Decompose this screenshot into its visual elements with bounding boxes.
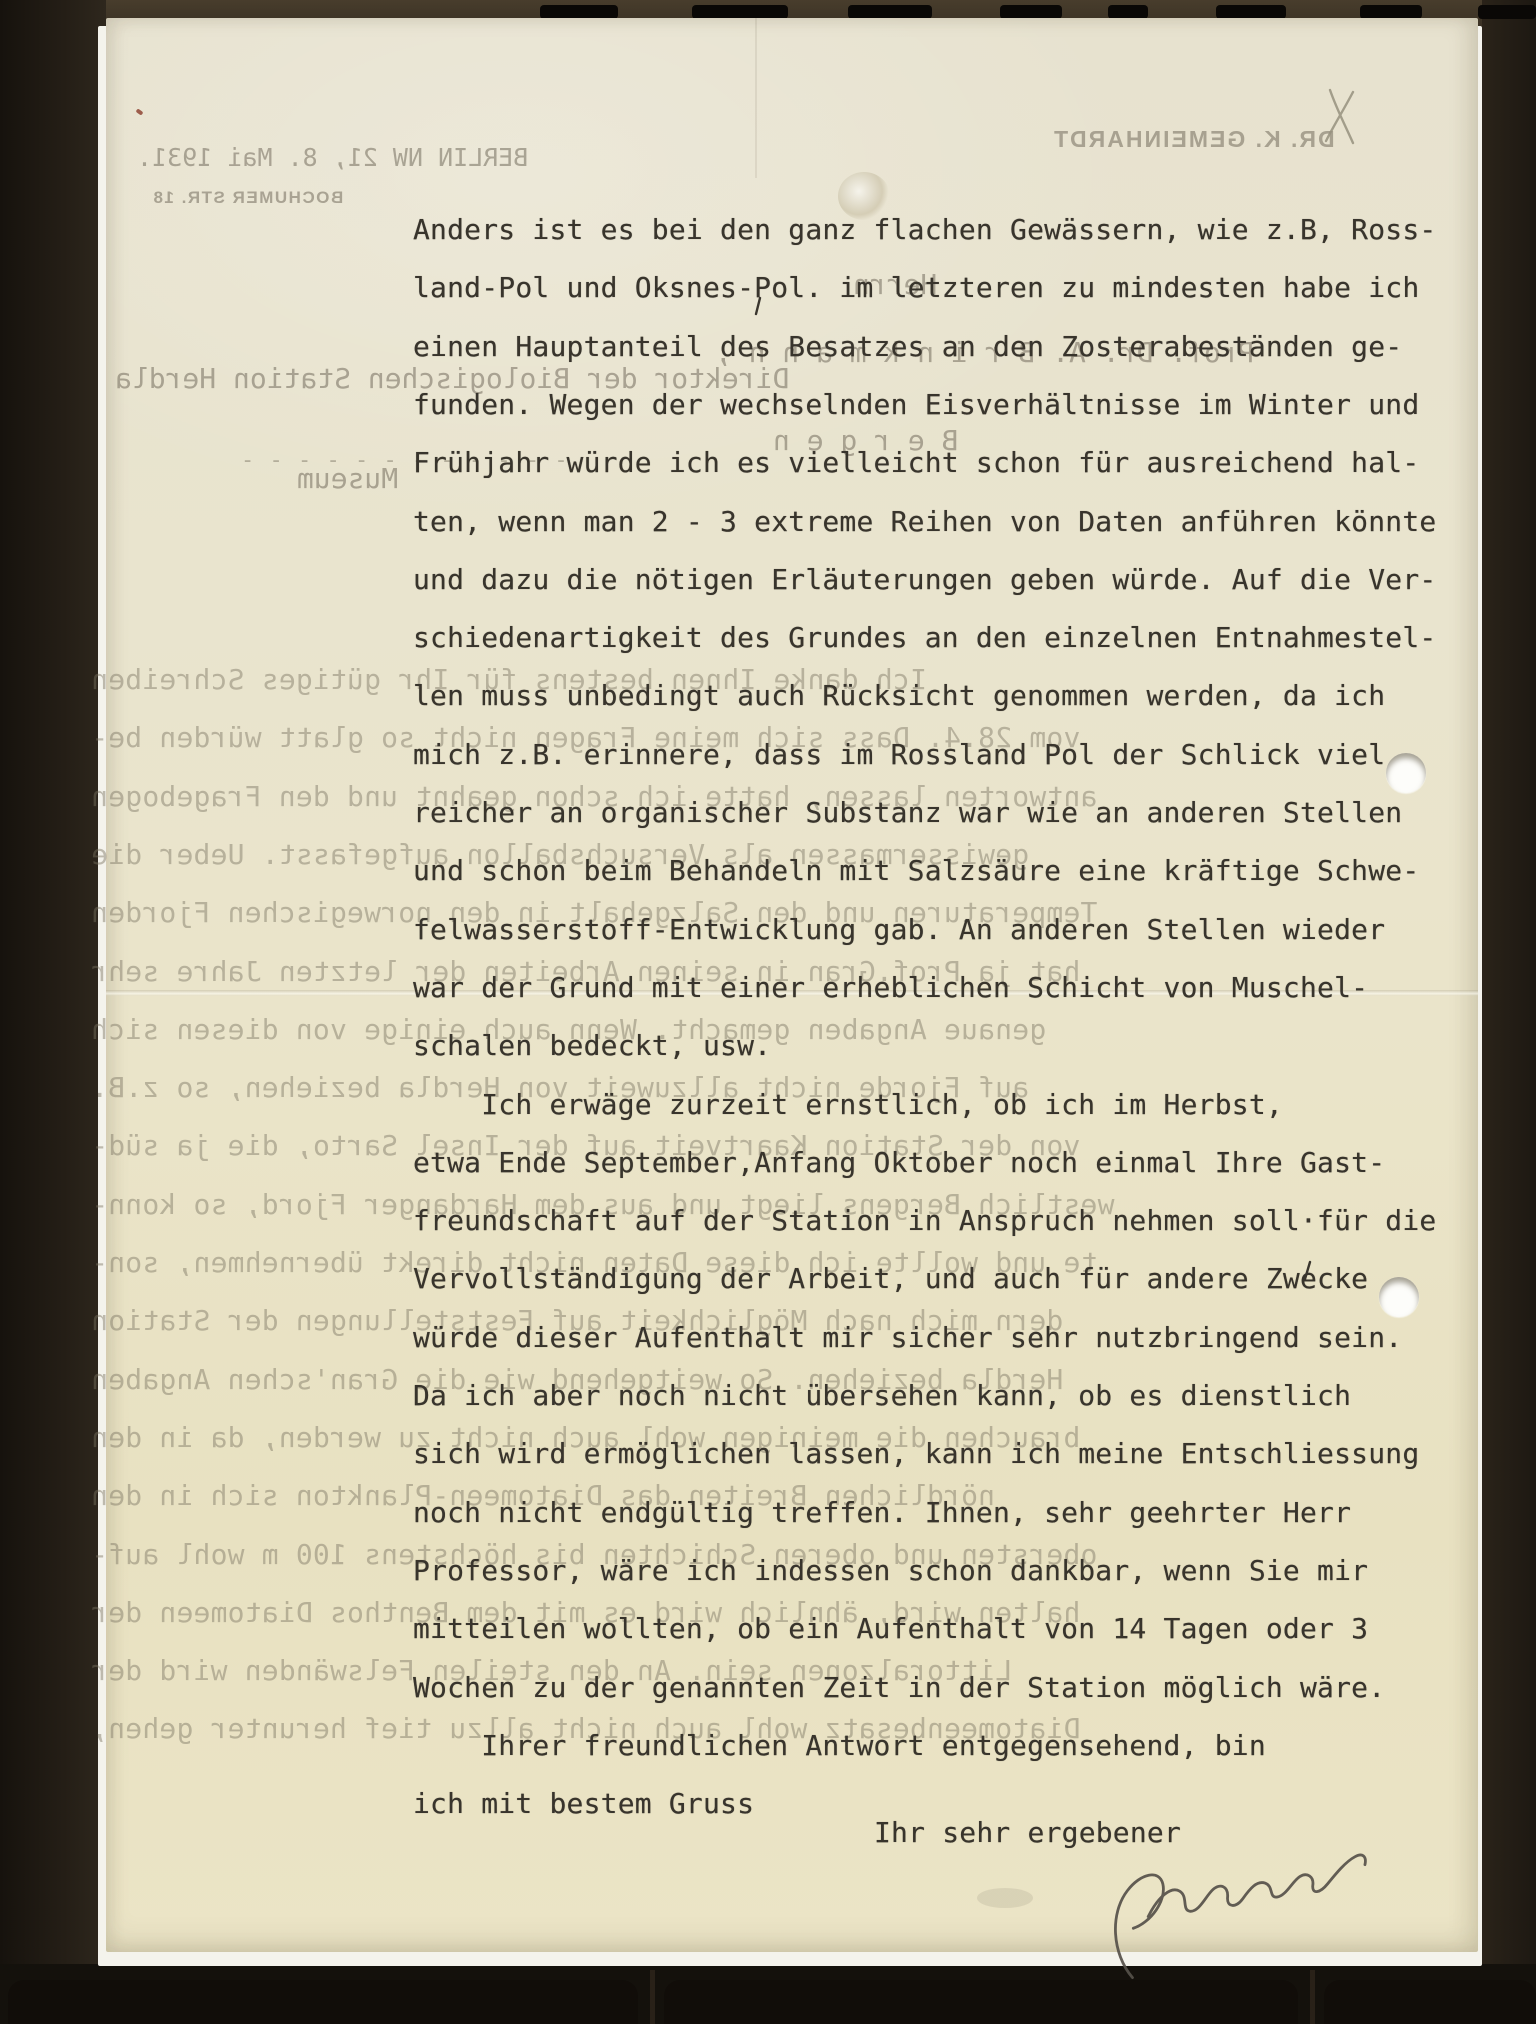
- typed-line: land-Pol und Oksnes-Pol. im letzteren zu…: [413, 273, 1419, 302]
- vertical-fold-crease: [755, 18, 757, 178]
- background-dash: [540, 5, 618, 19]
- typed-line: Da ich aber noch nicht übersehen kann, o…: [413, 1381, 1351, 1410]
- typed-line: einen Hauptanteil des Besatzes an den Zo…: [413, 332, 1402, 361]
- typed-line: Anders ist es bei den ganz flachen Gewäs…: [413, 215, 1436, 244]
- background-dash: [848, 5, 932, 19]
- typed-line: Professor, wäre ich indessen schon dankb…: [413, 1556, 1368, 1585]
- typed-line: und schon beim Behandeln mit Salzsäure e…: [413, 856, 1419, 885]
- table-panel: [664, 1980, 1298, 2024]
- typed-line: und dazu die nötigen Erläuterungen geben…: [413, 565, 1436, 594]
- typed-line: Wochen zu der genannten Zeit in der Stat…: [413, 1673, 1385, 1702]
- scanned-letter-page: DR. K. GEMEINHARDT BERLIN NW 21, 8. Mai …: [0, 0, 1536, 2024]
- table-seam: [650, 1970, 655, 2024]
- background-dash: [1216, 5, 1286, 19]
- punch-hole-upper: [1386, 753, 1426, 793]
- bleedthrough-address-museum: Museum: [297, 462, 398, 495]
- typed-line: funden. Wegen der wechselnden Eisverhält…: [413, 390, 1419, 419]
- background-dash: [1108, 5, 1148, 19]
- table-seam: [1310, 1970, 1315, 2024]
- typed-line: schalen bedeckt, usw.: [413, 1031, 771, 1060]
- typed-line: sich wird ermöglichen lassen, kann ich m…: [413, 1439, 1419, 1468]
- typed-line: Ich erwäge zurzeit ernstlich, ob ich im …: [413, 1090, 1283, 1119]
- background-dash: [1478, 5, 1536, 19]
- typed-line: würde dieser Aufenthalt mir sicher sehr …: [413, 1323, 1402, 1352]
- typed-line: Vervollständigung der Arbeit, und auch f…: [413, 1264, 1368, 1293]
- typed-line: len muss unbedingt auch Rücksicht genomm…: [413, 681, 1385, 710]
- background-dash: [692, 5, 788, 19]
- typed-line: ich mit bestem Gruss: [413, 1789, 754, 1818]
- table-panel: [1324, 1980, 1536, 2024]
- typed-line: Ihrer freundlichen Antwort entgegensehen…: [413, 1731, 1266, 1760]
- typed-line: Frühjahr würde ich es vielleicht schon f…: [413, 448, 1419, 477]
- typed-line: schiedenartigkeit des Grundes an den ein…: [413, 623, 1436, 652]
- typed-line: freundschaft auf der Station in Anspruch…: [413, 1206, 1436, 1235]
- table-panel: [8, 1980, 638, 2024]
- background-dash: [1360, 5, 1422, 19]
- bleedthrough-letterhead-street: BOCHUMER STR. 18: [152, 188, 343, 208]
- scan-background-right: [1482, 0, 1536, 2024]
- bleedthrough-letterhead-name: DR. K. GEMEINHARDT: [1052, 126, 1335, 153]
- valediction-line: Ihr sehr ergebener: [874, 1818, 1181, 1847]
- typed-line: war der Grund mit einer erheblichen Schi…: [413, 973, 1368, 1002]
- typed-line: ten, wenn man 2 - 3 extreme Reihen von D…: [413, 507, 1436, 536]
- typed-line: noch nicht endgültig treffen. Ihnen, seh…: [413, 1498, 1351, 1527]
- typed-line: etwa Ende September,Anfang Oktober noch …: [413, 1148, 1385, 1177]
- typed-line: mich z.B. erinnere, dass im Rossland Pol…: [413, 740, 1385, 769]
- punch-hole-lower: [1379, 1277, 1419, 1317]
- bleedthrough-letterhead-place-date: BERLIN NW 21, 8. Mai 1931.: [137, 143, 528, 172]
- typed-line: felwasserstoff-Entwicklung gab. An ander…: [413, 915, 1385, 944]
- typed-line: mitteilen wollten, ob ein Aufenthalt von…: [413, 1614, 1368, 1643]
- background-dash: [1000, 5, 1062, 19]
- typed-line: reicher an organischer Substanz war wie …: [413, 798, 1402, 827]
